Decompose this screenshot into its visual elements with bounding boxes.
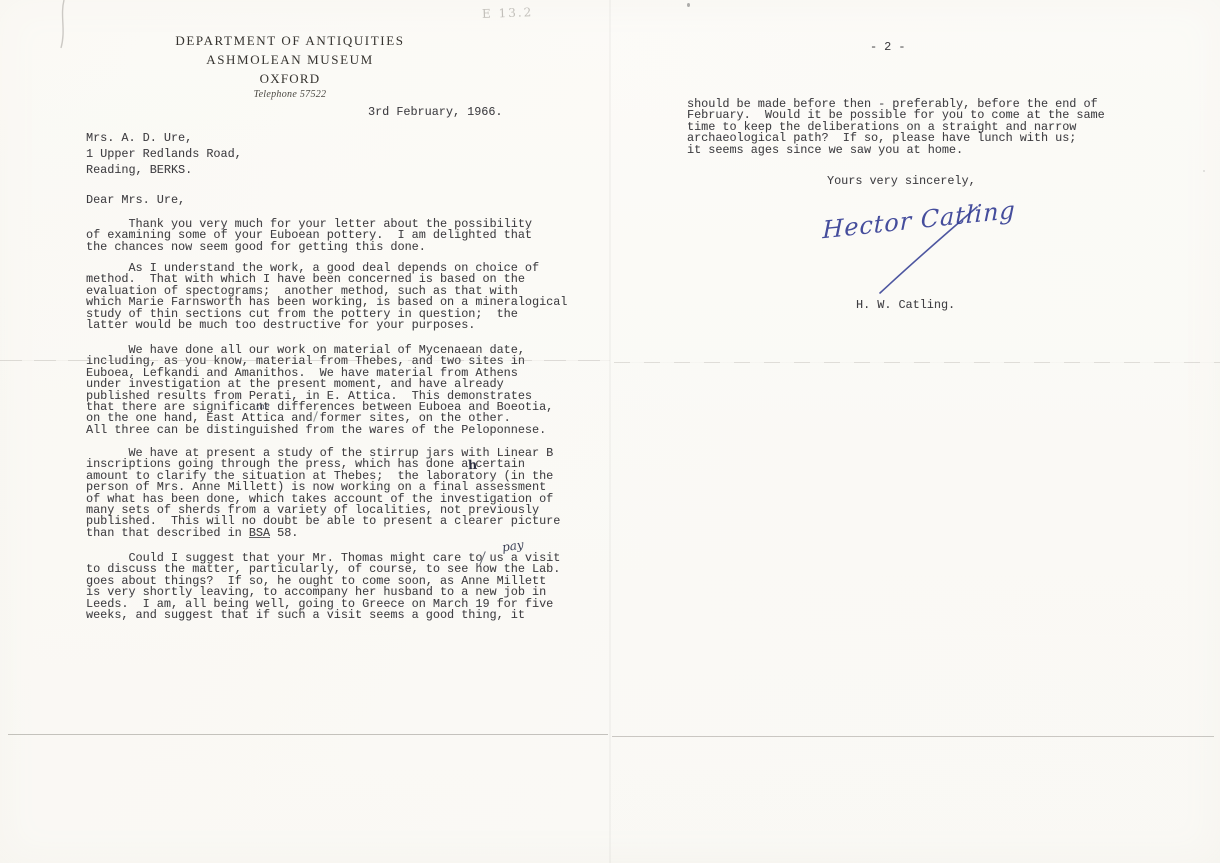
handwritten-insert-the: the bbox=[255, 401, 270, 412]
pencil-stroke bbox=[50, 0, 80, 52]
signature-flourish bbox=[810, 195, 1000, 305]
paragraph-4: We have at present a study of the stirru… bbox=[86, 448, 560, 539]
bsa-underline bbox=[249, 537, 270, 538]
paragraph-2: As I understand the work, a good deal de… bbox=[86, 263, 567, 331]
letterhead-telephone: Telephone 57522 bbox=[110, 89, 470, 100]
letterhead-department: DEPARTMENT OF ANTIQUITIES bbox=[110, 33, 470, 49]
paragraph-2-text: As I understand the work, a good deal de… bbox=[86, 263, 567, 331]
letter-date: 3rd February, 1966. bbox=[368, 107, 503, 118]
pencil-archive-note: E 13.2 bbox=[482, 5, 534, 21]
paragraph-1-text: Thank you very much for your letter abou… bbox=[86, 219, 532, 253]
paragraph-5: Could I suggest that your Mr. Thomas mig… bbox=[86, 553, 560, 621]
letterhead: DEPARTMENT OF ANTIQUITIES ASHMOLEAN MUSE… bbox=[110, 33, 470, 100]
page-seam bbox=[609, 0, 611, 863]
fold-crease-right-bottom bbox=[612, 736, 1214, 737]
paragraph-3-text: We have done all our work on material of… bbox=[86, 345, 553, 436]
paragraph-5-text: Could I suggest that your Mr. Thomas mig… bbox=[86, 553, 560, 621]
page-number: - 2 - bbox=[870, 42, 905, 53]
letterhead-city: OXFORD bbox=[110, 71, 470, 87]
handwritten-insert-pay: pay bbox=[501, 538, 524, 555]
fold-crease-left-bottom bbox=[8, 734, 608, 735]
fold-crease-right-middle bbox=[614, 362, 1220, 363]
signatory-typed: H. W. Catling. bbox=[856, 300, 955, 311]
page2-body: should be made before then - preferably,… bbox=[687, 99, 1105, 156]
letterhead-museum: ASHMOLEAN MUSEUM bbox=[110, 52, 470, 68]
scan-speck bbox=[1203, 170, 1205, 172]
paragraph-4-text: We have at present a study of the stirru… bbox=[86, 448, 560, 539]
handwritten-h-correction: h bbox=[467, 457, 477, 472]
closing-line: Yours very sincerely, bbox=[827, 176, 976, 187]
letter-scan: E 13.2 DEPARTMENT OF ANTIQUITIES ASHMOLE… bbox=[0, 0, 1220, 863]
salutation: Dear Mrs. Ure, bbox=[86, 195, 185, 206]
fold-crease-left-middle bbox=[0, 360, 610, 361]
paragraph-3: We have done all our work on material of… bbox=[86, 345, 553, 436]
scan-speck bbox=[687, 3, 690, 7]
paragraph-1: Thank you very much for your letter abou… bbox=[86, 219, 532, 253]
recipient-address: Mrs. A. D. Ure, 1 Upper Redlands Road, R… bbox=[86, 130, 242, 178]
